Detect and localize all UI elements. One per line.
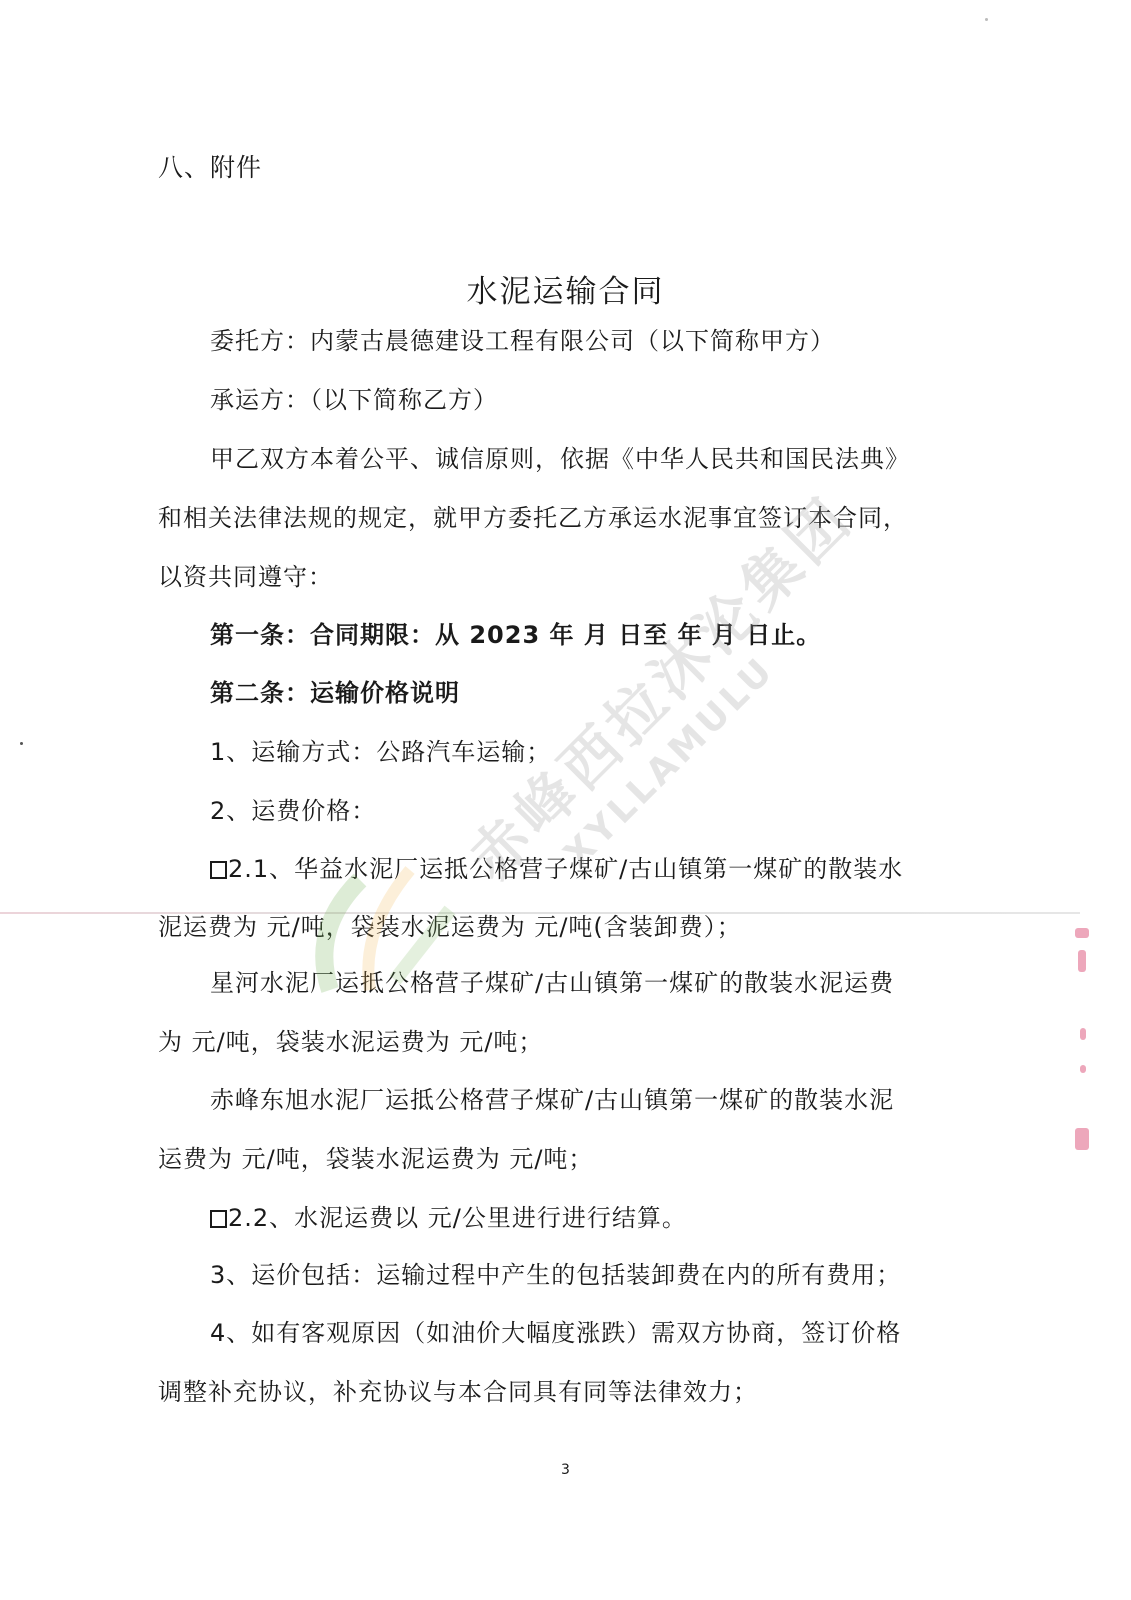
contract-title: 水泥运输合同	[0, 266, 1131, 311]
carrier-party: 承运方：（以下简称乙方）	[210, 385, 498, 415]
item-4-line-1: 4、如有客观原因（如油价大幅度涨跌）需双方协商，签订价格	[210, 1318, 901, 1348]
seal-fragment	[1075, 928, 1089, 938]
seal-fragment	[1080, 1028, 1086, 1040]
item-2-1-text: 2.1、华益水泥厂运抵公格营子煤矿/古山镇第一煤矿的散装水	[228, 855, 903, 883]
document-page: 八、附件 水泥运输合同 委托方：内蒙古晨德建设工程有限公司（以下简称甲方） 承运…	[0, 0, 1131, 1600]
scan-speck	[985, 18, 988, 21]
article-1-term: 第一条：合同期限：从 2023 年 月 日至 年 月 日止。	[210, 620, 821, 650]
company-watermark: 赤峰西拉沐沦集团 XYLLAMULU	[348, 398, 1013, 1063]
article-2-heading: 第二条：运输价格说明	[210, 678, 460, 708]
item-3-price-includes: 3、运价包括：运输过程中产生的包括装卸费在内的所有费用；	[210, 1260, 901, 1290]
item-2-price-heading: 2、运费价格：	[210, 796, 376, 826]
item-2-2-text: 2.2、水泥运费以 元/公里进行进行结算。	[228, 1204, 687, 1232]
checkbox-option-2-2[interactable]	[210, 1210, 227, 1228]
item-2-1-xinghe-line-2: 为 元/吨，袋装水泥运费为 元/吨；	[158, 1027, 543, 1057]
item-4-line-2: 调整补充协议，补充协议与本合同具有同等法律效力；	[158, 1377, 758, 1407]
client-party: 委托方：内蒙古晨德建设工程有限公司（以下简称甲方）	[210, 326, 835, 356]
watermark-text-cn: 赤峰西拉沐沦集团	[447, 474, 868, 895]
item-2-1-huayi-line-1: 2.1、华益水泥厂运抵公格营子煤矿/古山镇第一煤矿的散装水	[210, 854, 903, 884]
item-2-1-xinghe-line-1: 星河水泥厂运抵公格营子煤矿/古山镇第一煤矿的散装水泥运费	[210, 968, 894, 998]
item-1-transport-mode: 1、运输方式：公路汽车运输；	[210, 737, 551, 767]
seal-fragment	[1080, 1065, 1086, 1073]
preamble-line-3: 以资共同遵守：	[158, 562, 333, 592]
item-2-1-dongxu-line-2: 运费为 元/吨，袋装水泥运费为 元/吨；	[158, 1144, 593, 1174]
checkbox-option-2-1[interactable]	[210, 861, 227, 879]
preamble-line-1: 甲乙双方本着公平、诚信原则，依据《中华人民共和国民法典》	[210, 444, 910, 474]
watermark-text-en: XYLLAMULU	[556, 649, 783, 876]
scan-speck	[20, 742, 23, 745]
item-2-1-huayi-line-2: 泥运费为 元/吨，袋装水泥运费为 元/吨(含装卸费）；	[158, 912, 742, 942]
seal-fragment	[1075, 1128, 1089, 1150]
item-2-2-per-km: 2.2、水泥运费以 元/公里进行进行结算。	[210, 1203, 687, 1233]
section-heading: 八、附件	[158, 153, 262, 183]
page-number: 3	[0, 1462, 1131, 1478]
preamble-line-2: 和相关法律法规的规定，就甲方委托乙方承运水泥事宜签订本合同，	[158, 503, 908, 533]
item-2-1-dongxu-line-1: 赤峰东旭水泥厂运抵公格营子煤矿/古山镇第一煤矿的散装水泥	[210, 1085, 894, 1115]
seal-fragment	[1078, 950, 1086, 972]
